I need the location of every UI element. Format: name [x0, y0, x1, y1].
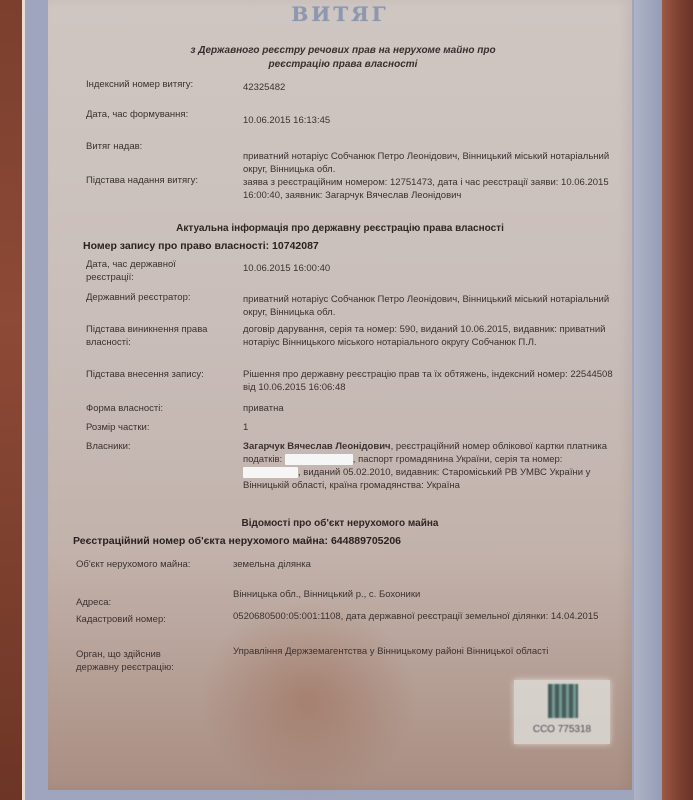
field-value: Рішення про державну реєстрацію прав та … — [243, 368, 623, 394]
owner-name: Загарчук Вячеслав Леонідович — [243, 441, 391, 452]
document-title: ВИТЯГ — [48, 2, 632, 26]
wooden-table-left — [0, 0, 22, 800]
field-value: приватний нотаріус Собчанюк Петро Леонід… — [243, 150, 623, 176]
field-label: Адреса: — [76, 596, 211, 609]
field-value: 1 — [243, 421, 623, 434]
field-label: Власники: — [86, 440, 221, 453]
field-label: Підстава надання витягу: — [86, 174, 221, 187]
field-value: земельна ділянка — [233, 558, 613, 571]
property-registration-number: Реєстраційний номер об'єкта нерухомого м… — [73, 535, 401, 548]
field-value: Вінницька обл., Вінницький р., с. Бохони… — [233, 588, 613, 601]
extract-document: ВИТЯГ з Державного реєстру речових прав … — [48, 0, 632, 790]
field-value: 10.06.2015 16:00:40 — [243, 262, 623, 275]
field-value: 0520680500:05:001:1108, дата державної р… — [233, 610, 613, 623]
field-label: Об'єкт нерухомого майна: — [76, 558, 196, 571]
section-heading-property-info: Відомості про об'єкт нерухомого майна — [48, 517, 632, 530]
security-hologram-sticker: ССО 775318 — [514, 680, 610, 744]
redacted-tax-number — [285, 454, 353, 465]
redacted-passport-number — [243, 467, 298, 478]
field-label: Витяг надав: — [86, 140, 221, 153]
field-label: Індексний номер витягу: — [86, 78, 221, 91]
field-value: договір дарування, серія та номер: 590, … — [243, 323, 623, 349]
stamp-serial-number: ССО 775318 — [514, 724, 610, 735]
field-value: Загарчук Вячеслав Леонідович, реєстрацій… — [243, 440, 613, 492]
field-label: Дата, час формування: — [86, 108, 221, 121]
field-value: приватний нотаріус Собчанюк Петро Леонід… — [243, 293, 623, 319]
field-label: Державний реєстратор: — [86, 291, 221, 304]
field-value: Управління Держземагентства у Вінницьком… — [233, 645, 613, 658]
field-value: заява з реєстраційним номером: 12751473,… — [243, 176, 623, 202]
field-label: Підстава внесення запису: — [86, 368, 221, 381]
field-value: 42325482 — [243, 81, 623, 94]
wooden-table-right — [657, 0, 693, 800]
document-subtitle: з Державного реєстру речових прав на нер… — [108, 44, 578, 72]
field-label: Підстава виникнення права власності: — [86, 323, 221, 349]
field-label: Кадастровий номер: — [76, 613, 211, 626]
field-label: Форма власності: — [86, 402, 221, 415]
qr-code-icon — [548, 684, 578, 718]
field-value: приватна — [243, 402, 623, 415]
section-heading-current-info: Актуальна інформація про державну реєстр… — [48, 222, 632, 235]
field-label: Дата, час державної реєстрації: — [86, 258, 221, 284]
field-value: 10.06.2015 16:13:45 — [243, 114, 623, 127]
ownership-record-number: Номер запису про право власності: 107420… — [83, 240, 319, 253]
field-label: Орган, що здійснив державну реєстрацію: — [76, 648, 201, 674]
field-label: Розмір частки: — [86, 421, 221, 434]
